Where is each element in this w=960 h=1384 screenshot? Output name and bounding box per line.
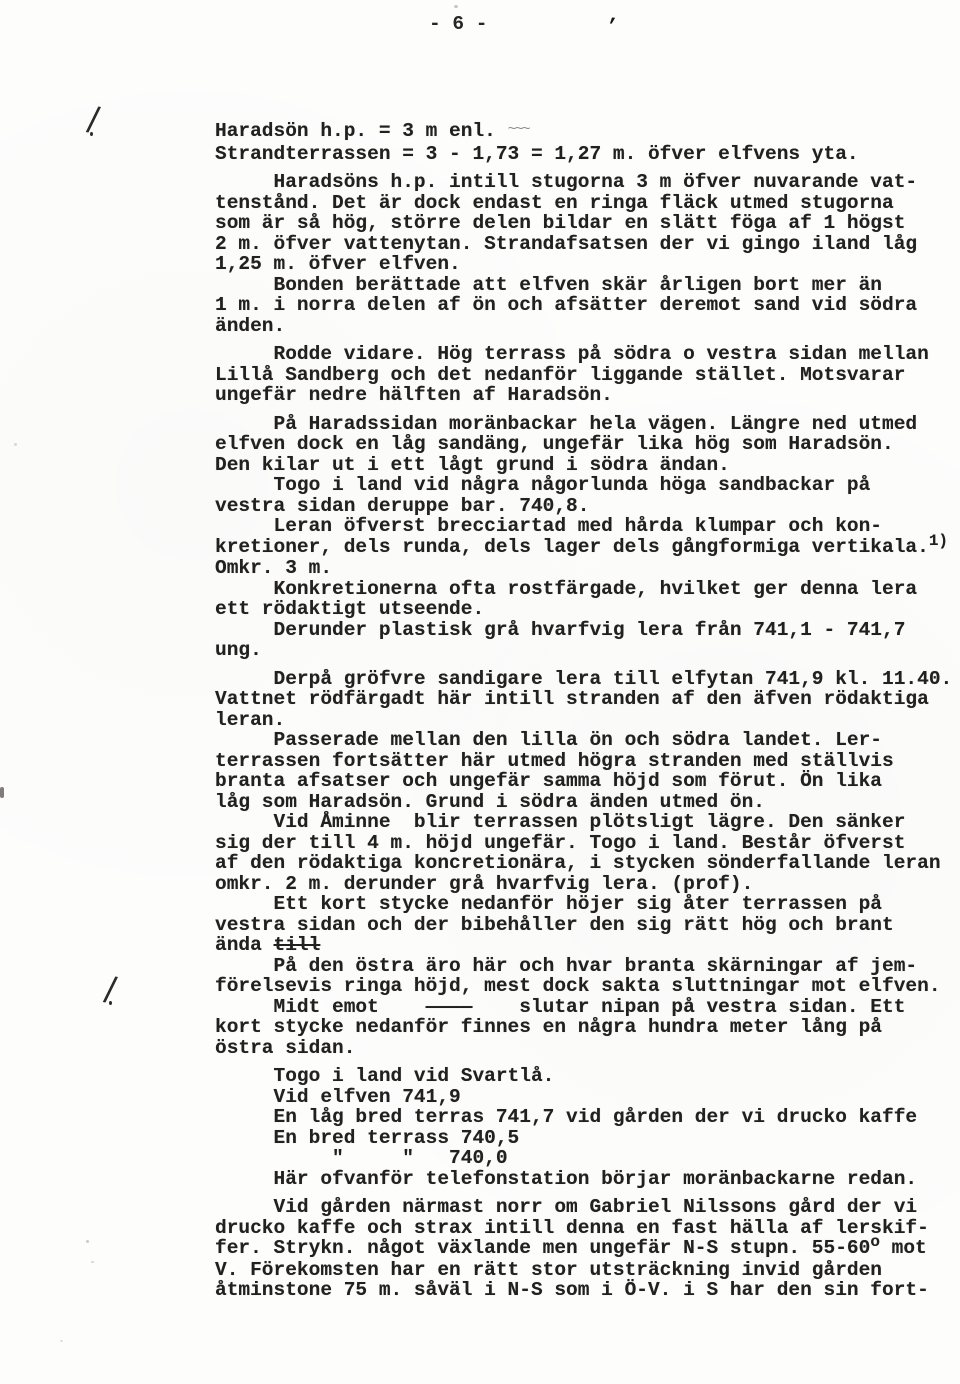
text-segment: Vid gården närmast norr om Gabriel Nilss… — [215, 1196, 917, 1218]
text-segment: Strandterrassen = 3 - 1,73 = 1,27 m. öfv… — [215, 143, 859, 165]
text-segment: På den östra äro här och hvar branta skä… — [215, 955, 917, 977]
text-line: sig der till 4 m. höjd ungefär. Togo i l… — [215, 833, 952, 854]
text-line: Konkretionerna ofta rostfärgade, hvilket… — [215, 579, 952, 600]
text-line: Haradsöns h.p. intill stugorna 3 m öfver… — [215, 172, 952, 193]
handwritten-margin-mark: / — [85, 101, 101, 135]
text-segment-sup: o — [870, 1232, 880, 1253]
text-segment: 2 m. öfver vattenytan. Strandafsatsen de… — [215, 233, 917, 255]
text-line: På den östra äro här och hvar branta skä… — [215, 956, 952, 977]
scanned-document-page: - 6 - ’ / / Haradsön h.p. = 3 m enl. ~~~… — [0, 0, 960, 1384]
text-segment: En bred terrass 740,5 — [215, 1127, 519, 1149]
text-segment: Vattnet rödfärgadt här intill stranden a… — [215, 688, 929, 710]
text-line: En låg bred terras 741,7 vid gården der … — [215, 1107, 952, 1128]
text-line: vestra sidan och der bibehåller den sig … — [215, 915, 952, 936]
text-line: ungefär nedre hälften af Haradsön. — [215, 385, 952, 406]
text-line: vestra sidan deruppe bar. 740,8. — [215, 496, 952, 517]
text-segment: Den kilar ut i ett lågt grund i södra än… — [215, 454, 730, 476]
text-segment: Ett kort stycke nedanför höjer sig åter … — [215, 893, 882, 915]
text-segment: vestra sidan och der bibehåller den sig … — [215, 914, 894, 936]
text-segment-strike: till — [274, 934, 321, 956]
text-segment: låg som Haradsön. Grund i södra änden ut… — [215, 791, 765, 813]
text-segment: Derunder plastisk grå hvarfvig lera från… — [215, 619, 905, 641]
scan-speck — [86, 1240, 89, 1243]
text-segment: Vid elfven 741,9 — [215, 1086, 461, 1108]
text-segment: sig der till 4 m. höjd ungefär. Togo i l… — [215, 832, 905, 854]
scan-speck — [14, 443, 17, 446]
text-segment: fer. Strykn. något växlande men ungefär … — [215, 1237, 870, 1259]
text-block: Haradsön h.p. = 3 m enl. ~~~Strandterras… — [215, 121, 952, 1301]
text-segment: vestra sidan deruppe bar. 740,8. — [215, 495, 589, 517]
text-line: drucko kaffe och strax intill denna en f… — [215, 1218, 952, 1239]
text-line: Vid gården närmast norr om Gabriel Nilss… — [215, 1197, 952, 1218]
text-segment: Bonden berättade att elfven skär årligen… — [215, 274, 882, 296]
text-line: leran. — [215, 710, 952, 731]
text-segment: ett rödaktigt utseende. — [215, 598, 484, 620]
text-segment: kort stycke nedanför finnes en några hun… — [215, 1016, 882, 1038]
text-segment-sup: 1) — [929, 531, 948, 552]
scan-speck — [0, 787, 4, 798]
text-segment: Rodde vidare. Hög terrass på södra o ves… — [215, 343, 929, 365]
text-segment: som är så hög, större delen bildar en sl… — [215, 212, 905, 234]
text-segment: förelsevis ringa höjd, mest dock sakta s… — [215, 975, 941, 997]
text-segment: mot — [880, 1237, 927, 1259]
text-line: åtminstone 75 m. såväl i N-S som i Ö-V. … — [215, 1280, 952, 1301]
text-segment: Konkretionerna ofta rostfärgade, hvilket… — [215, 578, 917, 600]
text-line: Derunder plastisk grå hvarfvig lera från… — [215, 620, 952, 641]
text-segment: östra sidan. — [215, 1037, 355, 1059]
text-line: Vid elfven 741,9 — [215, 1087, 952, 1108]
text-line: Här ofvanför telefonstation börjar morän… — [215, 1169, 952, 1190]
text-segment: tenstånd. Det är dock endast en ringa fl… — [215, 192, 894, 214]
text-line: förelsevis ringa höjd, mest dock sakta s… — [215, 976, 952, 997]
handwritten-margin-mark-dot — [109, 1001, 112, 1005]
stray-ink-mark: ’ — [605, 16, 619, 40]
text-segment: Midt emot ———— slutar nipan på vestra si… — [215, 996, 905, 1018]
text-segment: elfven dock en låg sandäng, ungefär lika… — [215, 433, 894, 455]
text-line: Togo i land vid några någorlunda höga sa… — [215, 475, 952, 496]
text-segment: Leran öfverst brecciartad med hårda klum… — [215, 515, 882, 537]
page-number: - 6 - — [429, 13, 488, 35]
text-line: V. Förekomsten har en rätt stor utsträck… — [215, 1260, 952, 1281]
handwritten-margin-mark-dot — [90, 132, 93, 136]
text-line: af den rödaktiga koncretionära, i stycke… — [215, 853, 952, 874]
text-segment: Haradsöns h.p. intill stugorna 3 m öfver… — [215, 171, 917, 193]
text-segment: 1,25 m. öfver elfven. — [215, 253, 461, 275]
text-segment: Togo i land vid några någorlunda höga sa… — [215, 474, 870, 496]
text-segment: 1 m. i norra delen af ön och afsätter de… — [215, 294, 917, 316]
text-line: Omkr. 3 m. — [215, 558, 952, 579]
text-line: kort stycke nedanför finnes en några hun… — [215, 1017, 952, 1038]
text-line: Rodde vidare. Hög terrass på södra o ves… — [215, 344, 952, 365]
text-line: Haradsön h.p. = 3 m enl. ~~~ — [215, 121, 952, 144]
text-line: tenstånd. Det är dock endast en ringa fl… — [215, 193, 952, 214]
text-segment: Här ofvanför telefonstation börjar morän… — [215, 1168, 917, 1190]
text-line: Lillå Sandberg och det nedanför liggande… — [215, 365, 952, 386]
text-segment: änden. — [215, 315, 285, 337]
text-segment: drucko kaffe och strax intill denna en f… — [215, 1217, 929, 1239]
text-segment: ungefär nedre hälften af Haradsön. — [215, 384, 613, 406]
scan-speck — [60, 1340, 63, 1342]
text-line: " " 740,0 — [215, 1148, 952, 1169]
text-segment: af den rödaktiga koncretionära, i stycke… — [215, 852, 941, 874]
text-line: fer. Strykn. något växlande men ungefär … — [215, 1238, 952, 1260]
text-line: Midt emot ———— slutar nipan på vestra si… — [215, 997, 952, 1018]
text-line: omkr. 2 m. derunder grå hvarfvig lera. (… — [215, 874, 952, 895]
text-segment: åtminstone 75 m. såväl i N-S som i Ö-V. … — [215, 1279, 929, 1301]
text-line: Vid Åminne blir terrassen plötsligt lägr… — [215, 812, 952, 833]
text-segment: Derpå gröfvre sandigare lera till elfyta… — [215, 668, 952, 690]
text-segment: kretioner, dels runda, dels lager dels g… — [215, 536, 929, 558]
text-line: 2 m. öfver vattenytan. Strandafsatsen de… — [215, 234, 952, 255]
text-segment: En låg bred terras 741,7 vid gården der … — [215, 1106, 917, 1128]
text-segment: V. Förekomsten har en rätt stor utsträck… — [215, 1259, 882, 1281]
text-line: ända till — [215, 935, 952, 956]
text-segment: " " 740,0 — [215, 1147, 508, 1169]
text-line: som är så hög, större delen bildar en sl… — [215, 213, 952, 234]
text-segment: På Haradssidan moränbackar hela vägen. L… — [215, 413, 917, 435]
text-segment-hand: ~~~ — [508, 121, 529, 138]
text-segment: omkr. 2 m. derunder grå hvarfvig lera. (… — [215, 873, 753, 895]
text-line: kretioner, dels runda, dels lager dels g… — [215, 537, 952, 559]
text-line: Derpå gröfvre sandigare lera till elfyta… — [215, 669, 952, 690]
text-segment: Omkr. 3 m. — [215, 557, 332, 579]
text-line: Passerade mellan den lilla ön och södra … — [215, 730, 952, 751]
text-line: 1 m. i norra delen af ön och afsätter de… — [215, 295, 952, 316]
scan-speck — [454, 5, 458, 8]
text-line: På Haradssidan moränbackar hela vägen. L… — [215, 414, 952, 435]
text-segment: branta afsatser och ungefär samma höjd s… — [215, 770, 882, 792]
text-line: 1,25 m. öfver elfven. — [215, 254, 952, 275]
text-line: Leran öfverst brecciartad med hårda klum… — [215, 516, 952, 537]
text-segment: terrassen fortsätter här utmed högra str… — [215, 750, 894, 772]
text-line: Ett kort stycke nedanför höjer sig åter … — [215, 894, 952, 915]
text-segment: Togo i land vid Svartlå. — [215, 1065, 554, 1087]
text-line: elfven dock en låg sandäng, ungefär lika… — [215, 434, 952, 455]
text-line: Bonden berättade att elfven skär årligen… — [215, 275, 952, 296]
text-line: östra sidan. — [215, 1038, 952, 1059]
text-segment: ända — [215, 934, 274, 956]
text-segment: Vid Åminne blir terrassen plötsligt lägr… — [215, 811, 905, 833]
text-line: Togo i land vid Svartlå. — [215, 1066, 952, 1087]
text-line: branta afsatser och ungefär samma höjd s… — [215, 771, 952, 792]
text-segment: Passerade mellan den lilla ön och södra … — [215, 729, 882, 751]
text-segment: Haradsön h.p. = 3 m enl. — [215, 120, 508, 142]
text-line: låg som Haradsön. Grund i södra änden ut… — [215, 792, 952, 813]
text-line: Vattnet rödfärgadt här intill stranden a… — [215, 689, 952, 710]
text-line: Strandterrassen = 3 - 1,73 = 1,27 m. öfv… — [215, 144, 952, 165]
text-line: ung. — [215, 640, 952, 661]
text-line: Den kilar ut i ett lågt grund i södra än… — [215, 455, 952, 476]
scan-speck — [91, 1261, 94, 1263]
text-line: ett rödaktigt utseende. — [215, 599, 952, 620]
text-line: En bred terrass 740,5 — [215, 1128, 952, 1149]
text-line: terrassen fortsätter här utmed högra str… — [215, 751, 952, 772]
text-segment: ung. — [215, 639, 262, 661]
text-line: änden. — [215, 316, 952, 337]
text-segment: leran. — [215, 709, 285, 731]
text-segment: Lillå Sandberg och det nedanför liggande… — [215, 364, 905, 386]
